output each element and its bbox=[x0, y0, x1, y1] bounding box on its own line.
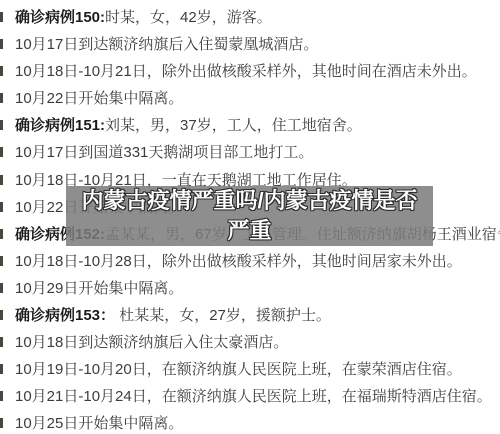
list-bullet-icon bbox=[0, 418, 3, 428]
list-bullet-icon bbox=[0, 391, 3, 401]
case-number-label: 确诊病例153： bbox=[15, 307, 115, 324]
doc-line: 10月18日-10月21日，除外出做核酸采样外，其他时间在酒店未外出。 bbox=[0, 62, 500, 81]
doc-line: 确诊病例153： 杜某某，女，27岁，援额护士。 bbox=[0, 306, 500, 325]
watermark-title: 内蒙古疫情严重吗/内蒙古疫情是否 严重 bbox=[81, 186, 417, 246]
watermark-overlay: 内蒙古疫情严重吗/内蒙古疫情是否 严重 bbox=[66, 186, 433, 246]
doc-line-text: 10月18日到达额济纳旗后入住太豪酒店。 bbox=[15, 334, 288, 351]
list-bullet-icon bbox=[0, 256, 3, 266]
list-bullet-icon bbox=[0, 202, 3, 212]
list-bullet-icon bbox=[0, 229, 3, 239]
doc-line-text: 10月22日开始集中隔离。 bbox=[15, 90, 183, 107]
doc-line: 10月21日-10月24日，在额济纳旗人民医院上班，在福瑞斯特酒店住宿。 bbox=[0, 387, 500, 406]
doc-line-text: 10月17日到国道331天鹅湖项目部工地打工。 bbox=[15, 144, 313, 161]
doc-line: 10月22日开始集中隔离。 bbox=[0, 89, 500, 108]
list-bullet-icon bbox=[0, 66, 3, 76]
list-bullet-icon bbox=[0, 93, 3, 103]
watermark-title-line1: 内蒙古疫情严重吗/内蒙古疫情是否 bbox=[81, 188, 417, 213]
doc-line-text: 刘某，男，37岁，工人，住工地宿舍。 bbox=[105, 117, 362, 134]
list-bullet-icon bbox=[0, 12, 3, 22]
case-number-label: 确诊病例151: bbox=[15, 117, 105, 134]
doc-line-text: 10月29日开始集中隔离。 bbox=[15, 280, 183, 297]
doc-line-text: 10月18日-10月28日，除外出做核酸采样外，其他时间居家未外出。 bbox=[15, 253, 462, 270]
doc-line-text: 杜某某，女，27岁，援额护士。 bbox=[115, 307, 331, 324]
doc-line-text: 时某，女，42岁，游客。 bbox=[105, 9, 272, 26]
case-number-label: 确诊病例150: bbox=[15, 9, 105, 26]
doc-line: 10月19日-10月20日，在额济纳旗人民医院上班，在蒙荣酒店住宿。 bbox=[0, 360, 500, 379]
doc-line: 确诊病例150:时某，女，42岁，游客。 bbox=[0, 8, 500, 27]
list-bullet-icon bbox=[0, 39, 3, 49]
doc-line: 10月18日到达额济纳旗后入住太豪酒店。 bbox=[0, 333, 500, 352]
list-bullet-icon bbox=[0, 283, 3, 293]
doc-line-text: 10月18日-10月21日，除外出做核酸采样外，其他时间在酒店未外出。 bbox=[15, 63, 477, 80]
doc-line: 10月18日-10月28日，除外出做核酸采样外，其他时间居家未外出。 bbox=[0, 252, 500, 271]
watermark-title-line2: 严重 bbox=[227, 218, 271, 243]
doc-line-text: 10月25日开始集中隔离。 bbox=[15, 415, 183, 432]
list-bullet-icon bbox=[0, 175, 3, 185]
list-bullet-icon bbox=[0, 147, 3, 157]
list-bullet-icon bbox=[0, 120, 3, 130]
doc-line-text: 10月17日到达额济纳旗后入住蜀蒙凰城酒店。 bbox=[15, 36, 318, 53]
doc-line: 10月17日到国道331天鹅湖项目部工地打工。 bbox=[0, 143, 500, 162]
doc-line: 10月17日到达额济纳旗后入住蜀蒙凰城酒店。 bbox=[0, 35, 500, 54]
doc-line: 10月25日开始集中隔离。 bbox=[0, 414, 500, 433]
list-bullet-icon bbox=[0, 337, 3, 347]
doc-line: 确诊病例151:刘某，男，37岁，工人，住工地宿舍。 bbox=[0, 116, 500, 135]
doc-line-text: 10月19日-10月20日，在额济纳旗人民医院上班，在蒙荣酒店住宿。 bbox=[15, 361, 462, 378]
doc-line-text: 10月21日-10月24日，在额济纳旗人民医院上班，在福瑞斯特酒店住宿。 bbox=[15, 388, 492, 405]
list-bullet-icon bbox=[0, 364, 3, 374]
doc-line: 10月29日开始集中隔离。 bbox=[0, 279, 500, 298]
list-bullet-icon bbox=[0, 310, 3, 320]
